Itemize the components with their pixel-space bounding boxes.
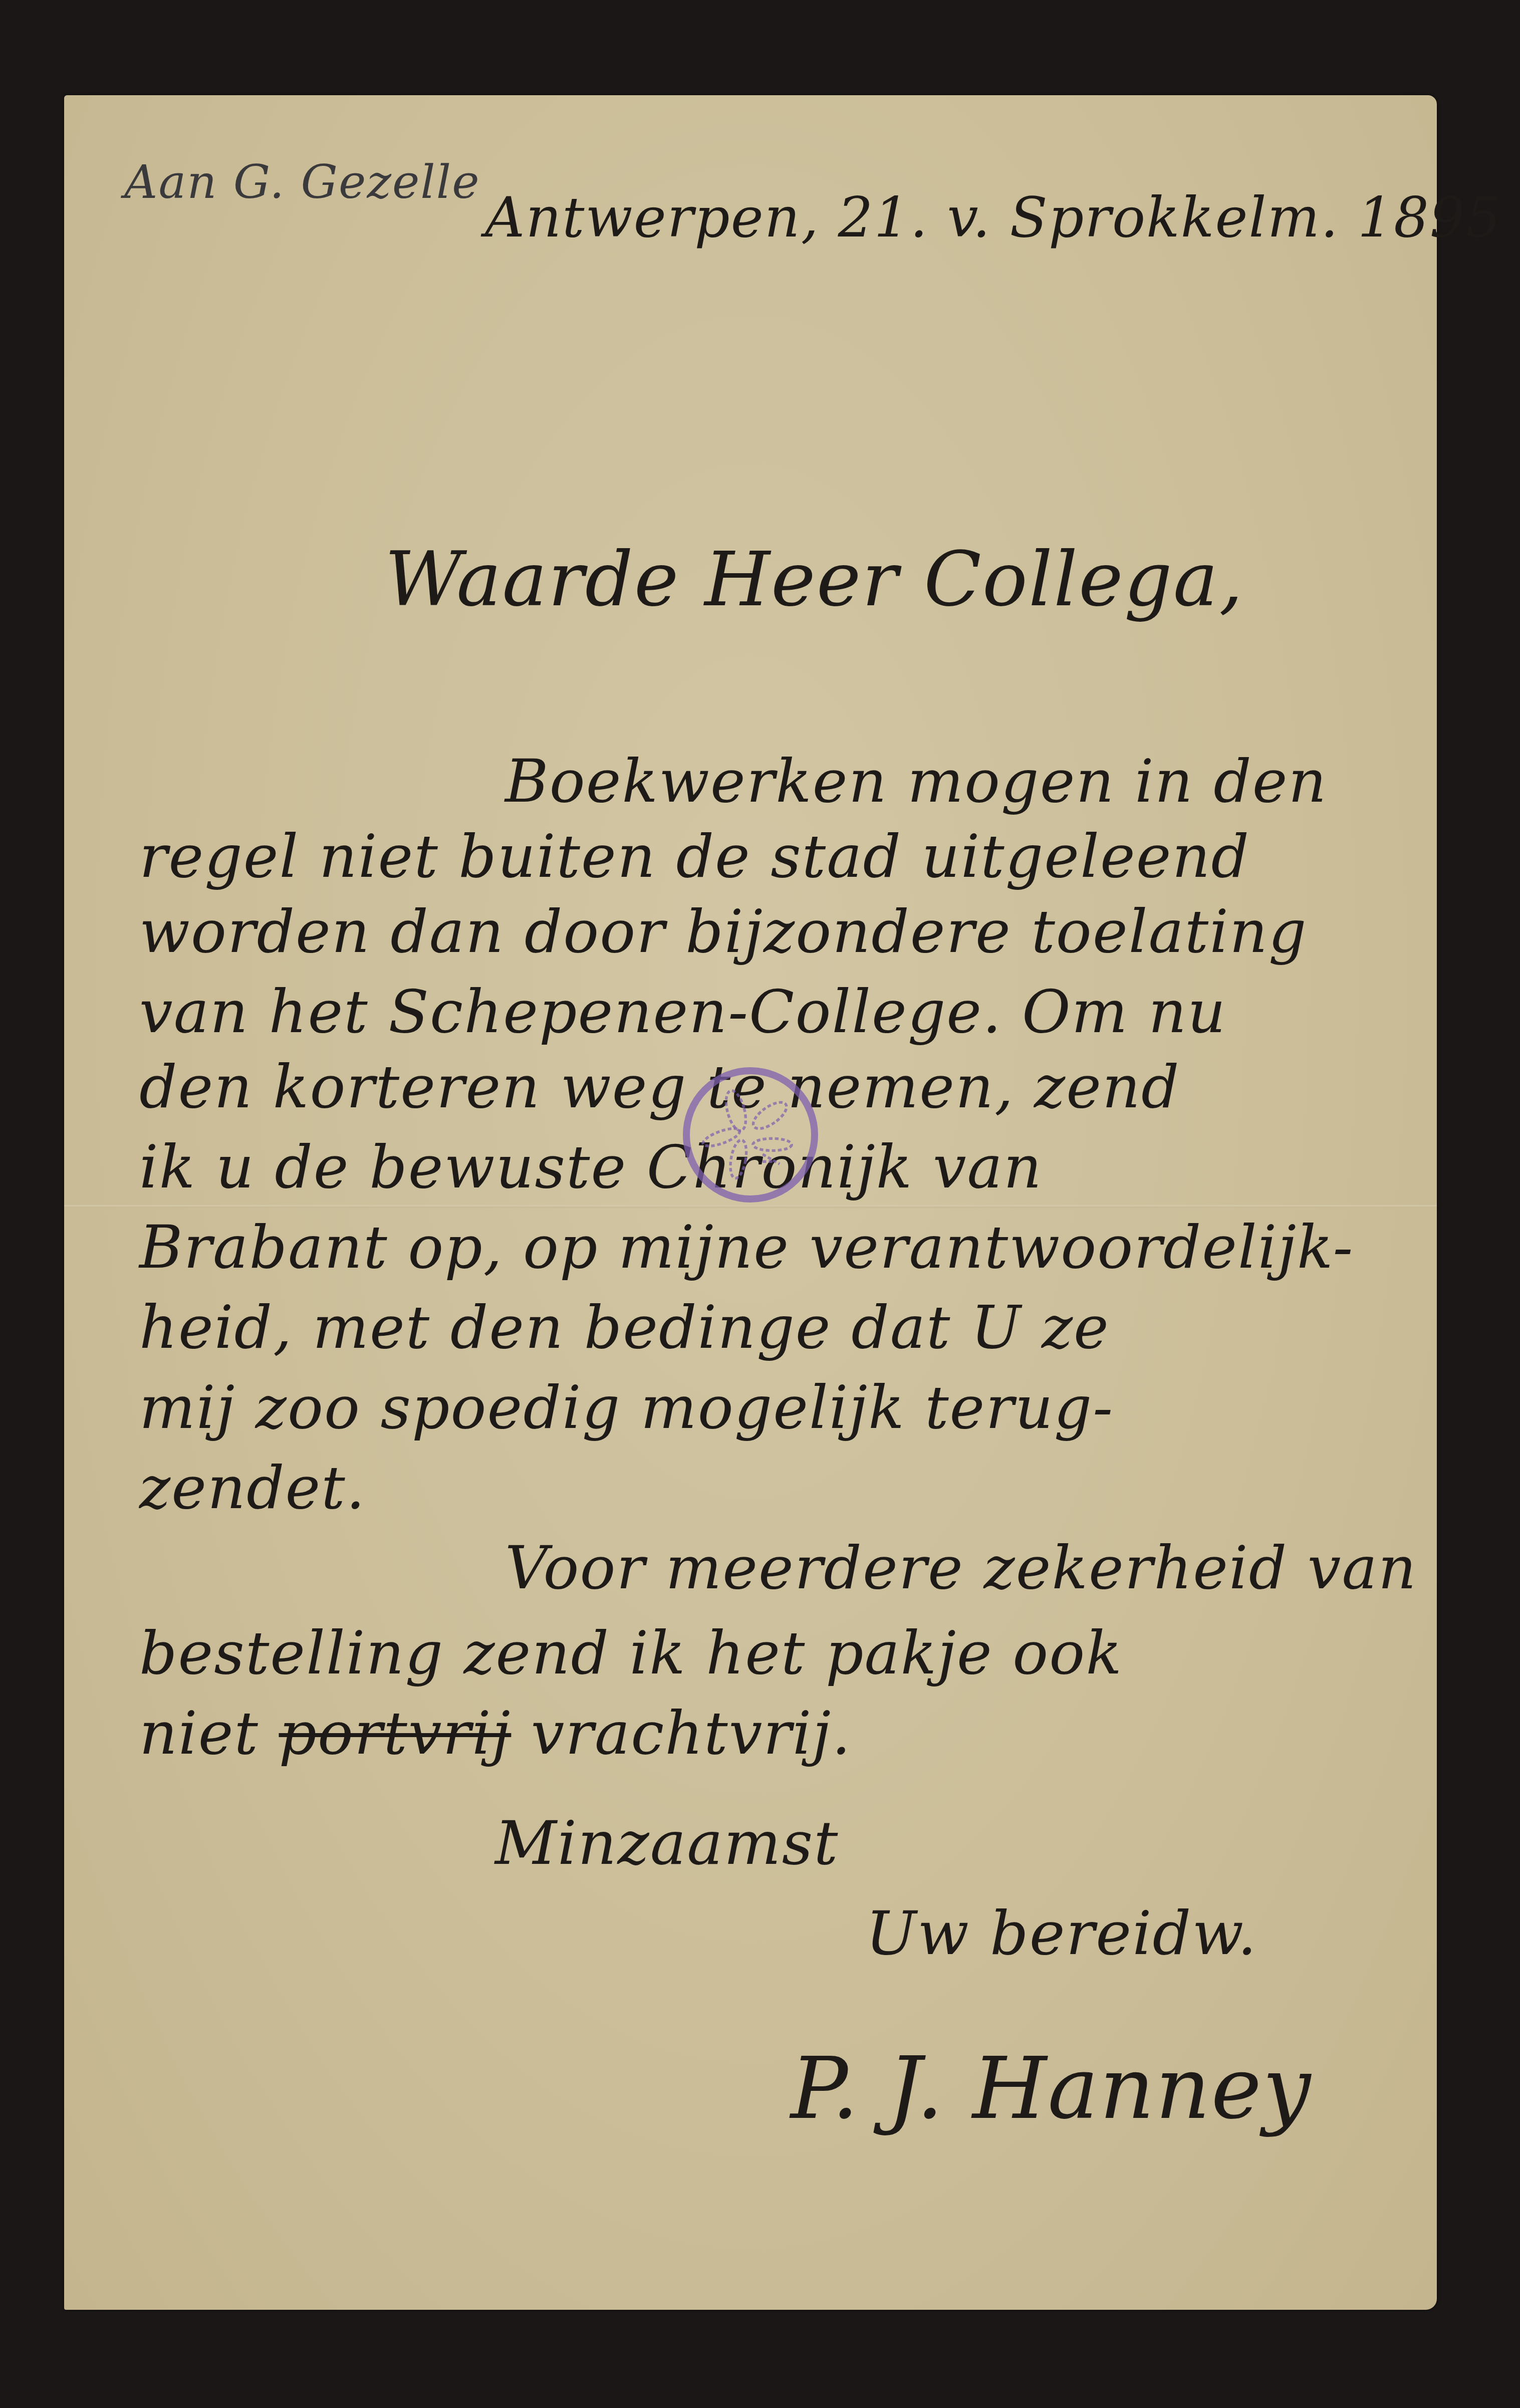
- body-line: Voor meerdere zekerheid van: [505, 1533, 1417, 1602]
- closing: Minzaamst: [495, 1809, 839, 1878]
- date-line: Antwerpen, 21. v. Sprokkelm. 1895: [485, 185, 1502, 250]
- body-line: Boekwerken mogen in den: [505, 747, 1328, 816]
- body-line-last: niet portvrij vrachtvrij.: [139, 1699, 852, 1768]
- signature: P. J. Hanney: [791, 2039, 1312, 2138]
- body-line: worden dan door bijzondere toelating: [139, 897, 1308, 966]
- letter-page: Aan G. Gezelle Antwerpen, 21. v. Sprokke…: [64, 95, 1437, 2310]
- body-line: ik u de bewuste Chronijk van: [139, 1132, 1043, 1201]
- fold-crease: [64, 1205, 1437, 1208]
- body-line: regel niet buiten de stad uitgeleend: [139, 822, 1250, 891]
- star-flower-emblem-icon: [690, 1074, 811, 1195]
- salutation: Waarde Heer Collega,: [385, 536, 1244, 623]
- body-line: mij zoo spoedig mogelijk terug-: [139, 1373, 1114, 1442]
- body-line: van het Schepenen-College. Om nu: [139, 977, 1226, 1046]
- last-line-prefix: niet: [139, 1699, 259, 1768]
- struck-word: portvrij: [279, 1699, 512, 1768]
- body-line: bestelling zend ik het pakje ook: [139, 1618, 1123, 1688]
- body-line: zendet.: [139, 1453, 366, 1522]
- library-stamp: [683, 1067, 818, 1202]
- body-line: heid, met den bedinge dat U ze: [139, 1293, 1110, 1362]
- recipient-annotation: Aan G. Gezelle: [124, 155, 480, 209]
- complimentary-close: Uw bereidw.: [866, 1899, 1257, 1969]
- body-line: den korteren weg te nemen, zend: [139, 1052, 1180, 1121]
- last-line-suffix: vrachtvrij.: [531, 1699, 852, 1768]
- body-line: Brabant op, op mijne verantwoordelijk-: [139, 1213, 1354, 1282]
